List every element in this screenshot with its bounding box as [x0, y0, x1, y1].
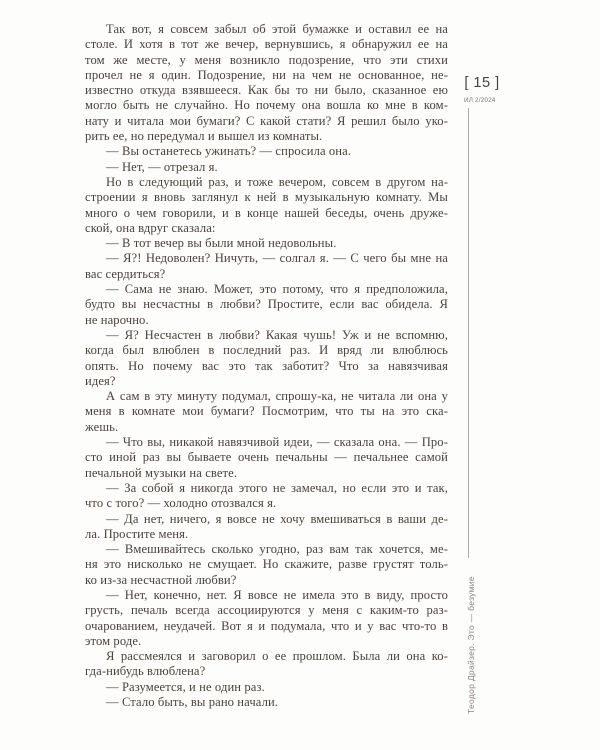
margin-rule — [468, 108, 469, 558]
text-line: — Да нет, ничего, я вовсе не хочу вмешив… — [85, 512, 448, 527]
text-line: строении я вновь заглянул к ней в музыка… — [85, 190, 448, 205]
paragraph: — Я?! Недоволен? Ничуть, — солгал я. — С… — [85, 251, 448, 282]
book-page: Так вот, я совсем забыл об этой бумажке … — [0, 0, 600, 750]
text-line: печальной музыки на свете. — [85, 466, 448, 481]
paragraph: — В тот вечер вы были мной недовольны. — [85, 236, 448, 251]
text-line: — В тот вечер вы были мной недовольны. — [85, 236, 448, 251]
paragraph: — Нет, конечно, нет. Я вовсе не имела эт… — [85, 588, 448, 649]
paragraph: Я рассмеялся и заговорил о ее прошлом. Б… — [85, 649, 448, 680]
text-line: ня это нисколько не смущает. Но скажите,… — [85, 557, 448, 572]
text-line: сто иной раз вы бываете очень печальны —… — [85, 450, 448, 465]
text-line: Так вот, я совсем забыл об этой бумажке … — [85, 22, 448, 37]
paragraph: Но в следующий раз, и тоже вечером, совс… — [85, 175, 448, 236]
text-line: — Я?! Недоволен? Ничуть, — солгал я. — С… — [85, 251, 448, 266]
text-line: — Нет, — отрезал я. — [85, 160, 448, 175]
text-line: Я рассмеялся и заговорил о ее прошлом. Б… — [85, 649, 448, 664]
text-line: — Стало быть, вы рано начали. — [85, 695, 448, 710]
journal-issue-label: ИЛ 2/2024 — [464, 97, 495, 104]
text-line: столе. И хотя в тот же вечер, вернувшись… — [85, 37, 448, 52]
text-line: — Вы останетесь ужинать? — спросила она. — [85, 144, 448, 159]
text-line: опять. Но почему вас это так заботит? Чт… — [85, 359, 448, 374]
text-line: ла. Простите меня. — [85, 527, 448, 542]
paragraph: — За собой я никогда этого не замечал, н… — [85, 481, 448, 512]
page-number: [ 15 ] — [461, 75, 503, 91]
text-line: ской, она вдруг сказала: — [85, 221, 448, 236]
paragraph: — Стало быть, вы рано начали. — [85, 695, 448, 710]
paragraph: — Сама не знаю. Может, это потому, что я… — [85, 282, 448, 328]
text-line: будто вы несчастны в любви? Простите, ес… — [85, 297, 448, 312]
text-line: том же месте, у меня возникло подозрение… — [85, 53, 448, 68]
paragraph: — Да нет, ничего, я вовсе не хочу вмешив… — [85, 512, 448, 543]
text-line: жешь. — [85, 420, 448, 435]
text-line: что с того? — холодно отозвался я. — [85, 496, 448, 511]
running-title: Теодор Драйзер. Это — безумие — [466, 564, 479, 714]
paragraph: — Вмешивайтесь сколько угодно, раз вам т… — [85, 542, 448, 588]
text-line: — Я? Несчастен в любви? Какая чушь! Уж и… — [85, 328, 448, 343]
paragraph: — Вы останетесь ужинать? — спросила она. — [85, 144, 448, 159]
text-line: Но в следующий раз, и тоже вечером, совс… — [85, 175, 448, 190]
paragraph: А сам в эту минуту подумал, спрошу-ка, н… — [85, 389, 448, 435]
text-line: рить ее, но передумал и вышел из комнаты… — [85, 129, 448, 144]
body-text: Так вот, я совсем забыл об этой бумажке … — [85, 22, 448, 710]
text-line: гда-нибудь влюблена? — [85, 664, 448, 679]
text-line: этом роде. — [85, 634, 448, 649]
text-line: — Нет, конечно, нет. Я вовсе не имела эт… — [85, 588, 448, 603]
paragraph: — Я? Несчастен в любви? Какая чушь! Уж и… — [85, 328, 448, 389]
text-line: — Что вы, никакой навязчивой идеи, — ска… — [85, 435, 448, 450]
text-line: А сам в эту минуту подумал, спрошу-ка, н… — [85, 389, 448, 404]
text-line: грусть, печаль всегда ассоциируются у ме… — [85, 603, 448, 618]
text-line: не нарочно. — [85, 313, 448, 328]
text-line: прочел не я один. Подозрение, ни на чем … — [85, 68, 448, 83]
text-line: вас сердиться? — [85, 267, 448, 282]
text-line: нату и читала мои бумаги? С какой стати?… — [85, 114, 448, 129]
text-line: идея? — [85, 374, 448, 389]
text-line: ко из-за несчастной любви? — [85, 573, 448, 588]
text-line: могло быть не случайно. Но почему она во… — [85, 98, 448, 113]
text-line: — За собой я никогда этого не замечал, н… — [85, 481, 448, 496]
text-line: очарованием, неудачей. Вот я и подумала,… — [85, 619, 448, 634]
text-line: — Сама не знаю. Может, это потому, что я… — [85, 282, 448, 297]
paragraph: — Что вы, никакой навязчивой идеи, — ска… — [85, 435, 448, 481]
text-line: много о чем говорили, и в конце нашей бе… — [85, 206, 448, 221]
text-line: — Вмешивайтесь сколько угодно, раз вам т… — [85, 542, 448, 557]
paragraph: — Разумеется, и не один раз. — [85, 680, 448, 695]
text-line: известно откуда взявшееся. Как бы то ни … — [85, 83, 448, 98]
text-line: меня в комнате мои бумаги? Посмотрим, чт… — [85, 404, 448, 419]
paragraph: Так вот, я совсем забыл об этой бумажке … — [85, 22, 448, 144]
paragraph: — Нет, — отрезал я. — [85, 160, 448, 175]
text-line: — Разумеется, и не один раз. — [85, 680, 448, 695]
text-line: когда был влюблен в последний раз. И вря… — [85, 343, 448, 358]
